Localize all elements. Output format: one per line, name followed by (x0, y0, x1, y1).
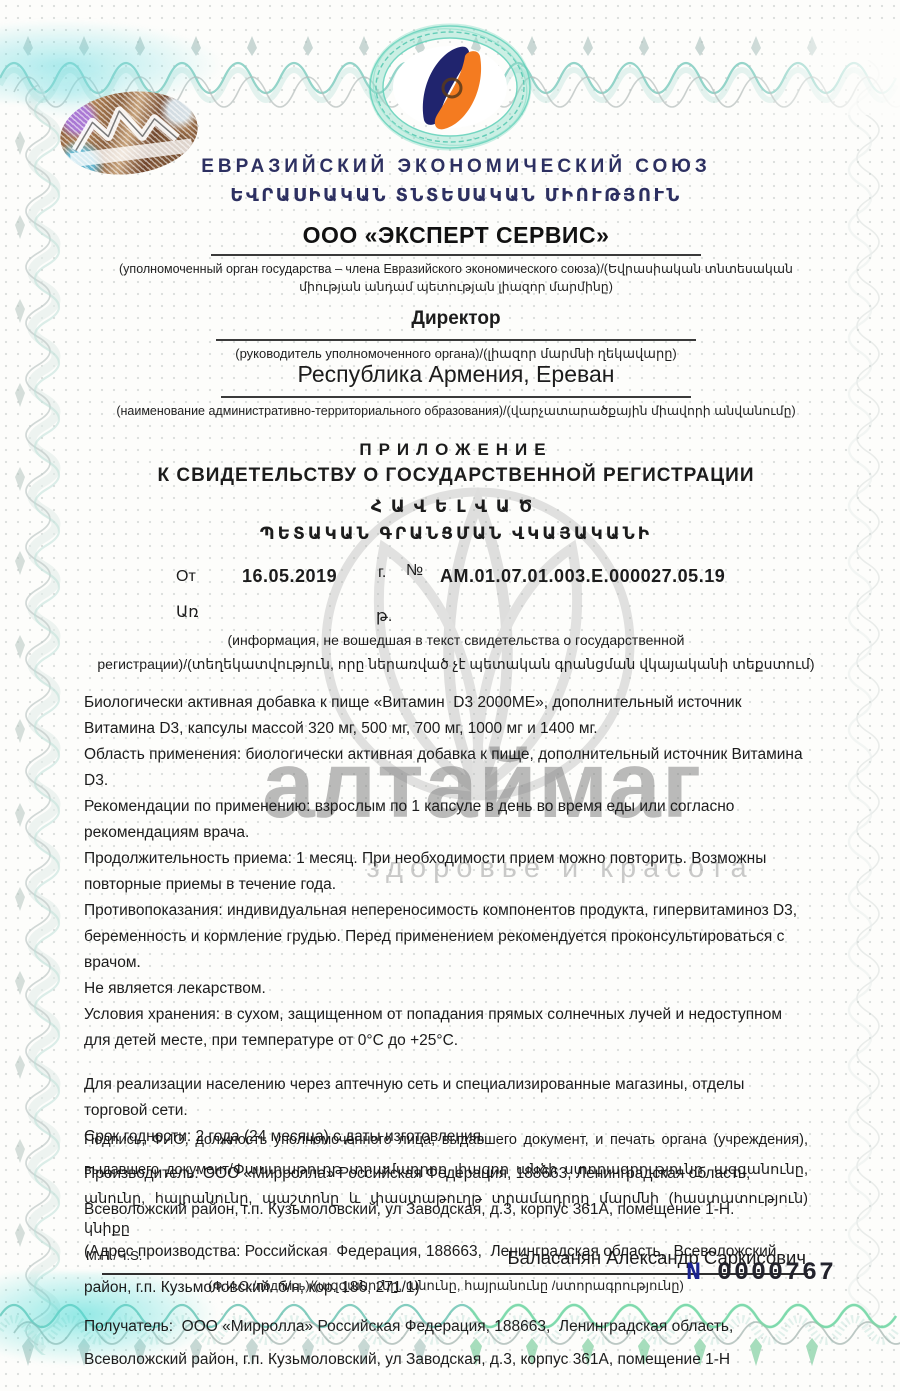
authority-name: ООО «ЭКСПЕРТ СЕРВИС» (70, 222, 842, 249)
eaeu-logo (362, 20, 537, 158)
paragraph: Рекомендации по применению: взрослым по … (84, 794, 808, 846)
reg-number: AM.01.07.01.003.E.000027.05.19 (440, 566, 725, 587)
paragraph: Биологически активная добавка к пище «Ви… (84, 690, 808, 742)
serial-digits: 0000767 (717, 1258, 836, 1287)
reg-year-ru: г. (378, 564, 386, 582)
paragraph: Получатель: ООО «Мирролла» Российская Фе… (84, 1310, 808, 1376)
certificate-page: алтаймаг здоровье и красота ЕВРАЗИЙСКИЙ … (0, 0, 900, 1391)
position-title: Директор (70, 308, 842, 330)
paragraph: Не является лекарством. (84, 976, 808, 1002)
union-name-am: ԵՎՐԱՍԻԱԿԱՆ ՏՆՏԵՍԱԿԱՆ ՄԻՈՒԹՅՈՒՆ (70, 185, 842, 206)
title-am-line2: ՊԵՏԱԿԱՆ ԳՐԱՆՑՄԱՆ ՎԿԱՅԱԿԱՆԻ (70, 524, 842, 544)
right-guilloche-border (846, 60, 896, 1330)
signature-note: Подпись, ФИО, должность уполномоченного … (84, 1126, 808, 1244)
location-caption: (наименование административно-территориа… (70, 402, 842, 420)
header-union-names: ЕВРАЗИЙСКИЙ ЭКОНОМИЧЕСКИЙ СОЮЗ ԵՎՐԱՍԻԱԿԱ… (70, 156, 842, 206)
position-underline (216, 339, 696, 341)
serial-prefix: N (686, 1258, 703, 1287)
authority-section: ООО «ЭКСПЕРТ СЕРВИС» (уполномоченный орг… (70, 222, 842, 296)
document-title: ПРИЛОЖЕНИЕ К СВИДЕТЕЛЬСТВУ О ГОСУДАРСТВЕ… (70, 440, 842, 544)
reg-caption-line1: (информация, не вошедшая в текст свидете… (70, 628, 842, 652)
reg-date: 16.05.2019 (242, 566, 337, 587)
registration-caption: (информация, не вошедшая в текст свидете… (70, 628, 842, 676)
serial-number: N0000767 (0, 1258, 836, 1287)
paragraph: Противопоказания: индивидуальная неперен… (84, 898, 808, 976)
reg-from-am: Առ (176, 602, 199, 622)
union-name-ru: ЕВРАЗИЙСКИЙ ЭКОНОМИЧЕСКИЙ СОЮЗ (70, 156, 842, 178)
title-ru-line2: К СВИДЕТЕЛЬСТВУ О ГОСУДАРСТВЕННОЙ РЕГИСТ… (70, 465, 842, 487)
location-underline (221, 396, 691, 398)
paragraph: Для реализации населению через аптечную … (84, 1072, 808, 1124)
position-section: Директор (руководитель уполномоченного о… (70, 308, 842, 363)
paragraph: Продолжительность приема: 1 месяц. При н… (84, 846, 808, 898)
reg-from-ru: От (176, 568, 196, 586)
reg-caption-line2: регистрации)/(տեղեկատվություն, որը ներառ… (70, 652, 842, 676)
left-guilloche-border (6, 85, 61, 1355)
location-name: Республика Армения, Ереван (70, 361, 842, 388)
paragraph: Условия хранения: в сухом, защищенном от… (84, 1002, 808, 1054)
title-ru-line1: ПРИЛОЖЕНИЕ (70, 440, 842, 460)
authority-caption: (уполномоченный орган государства – член… (98, 260, 814, 296)
paragraph: Область применения: биологически активна… (84, 742, 808, 794)
location-section: Республика Армения, Ереван (наименование… (70, 361, 842, 420)
reg-year-am: թ. (376, 606, 392, 626)
reg-number-sign: № (406, 562, 423, 580)
title-am-line1: ՀԱՎԵԼՎԱԾ (70, 497, 842, 517)
authority-underline (211, 254, 701, 256)
